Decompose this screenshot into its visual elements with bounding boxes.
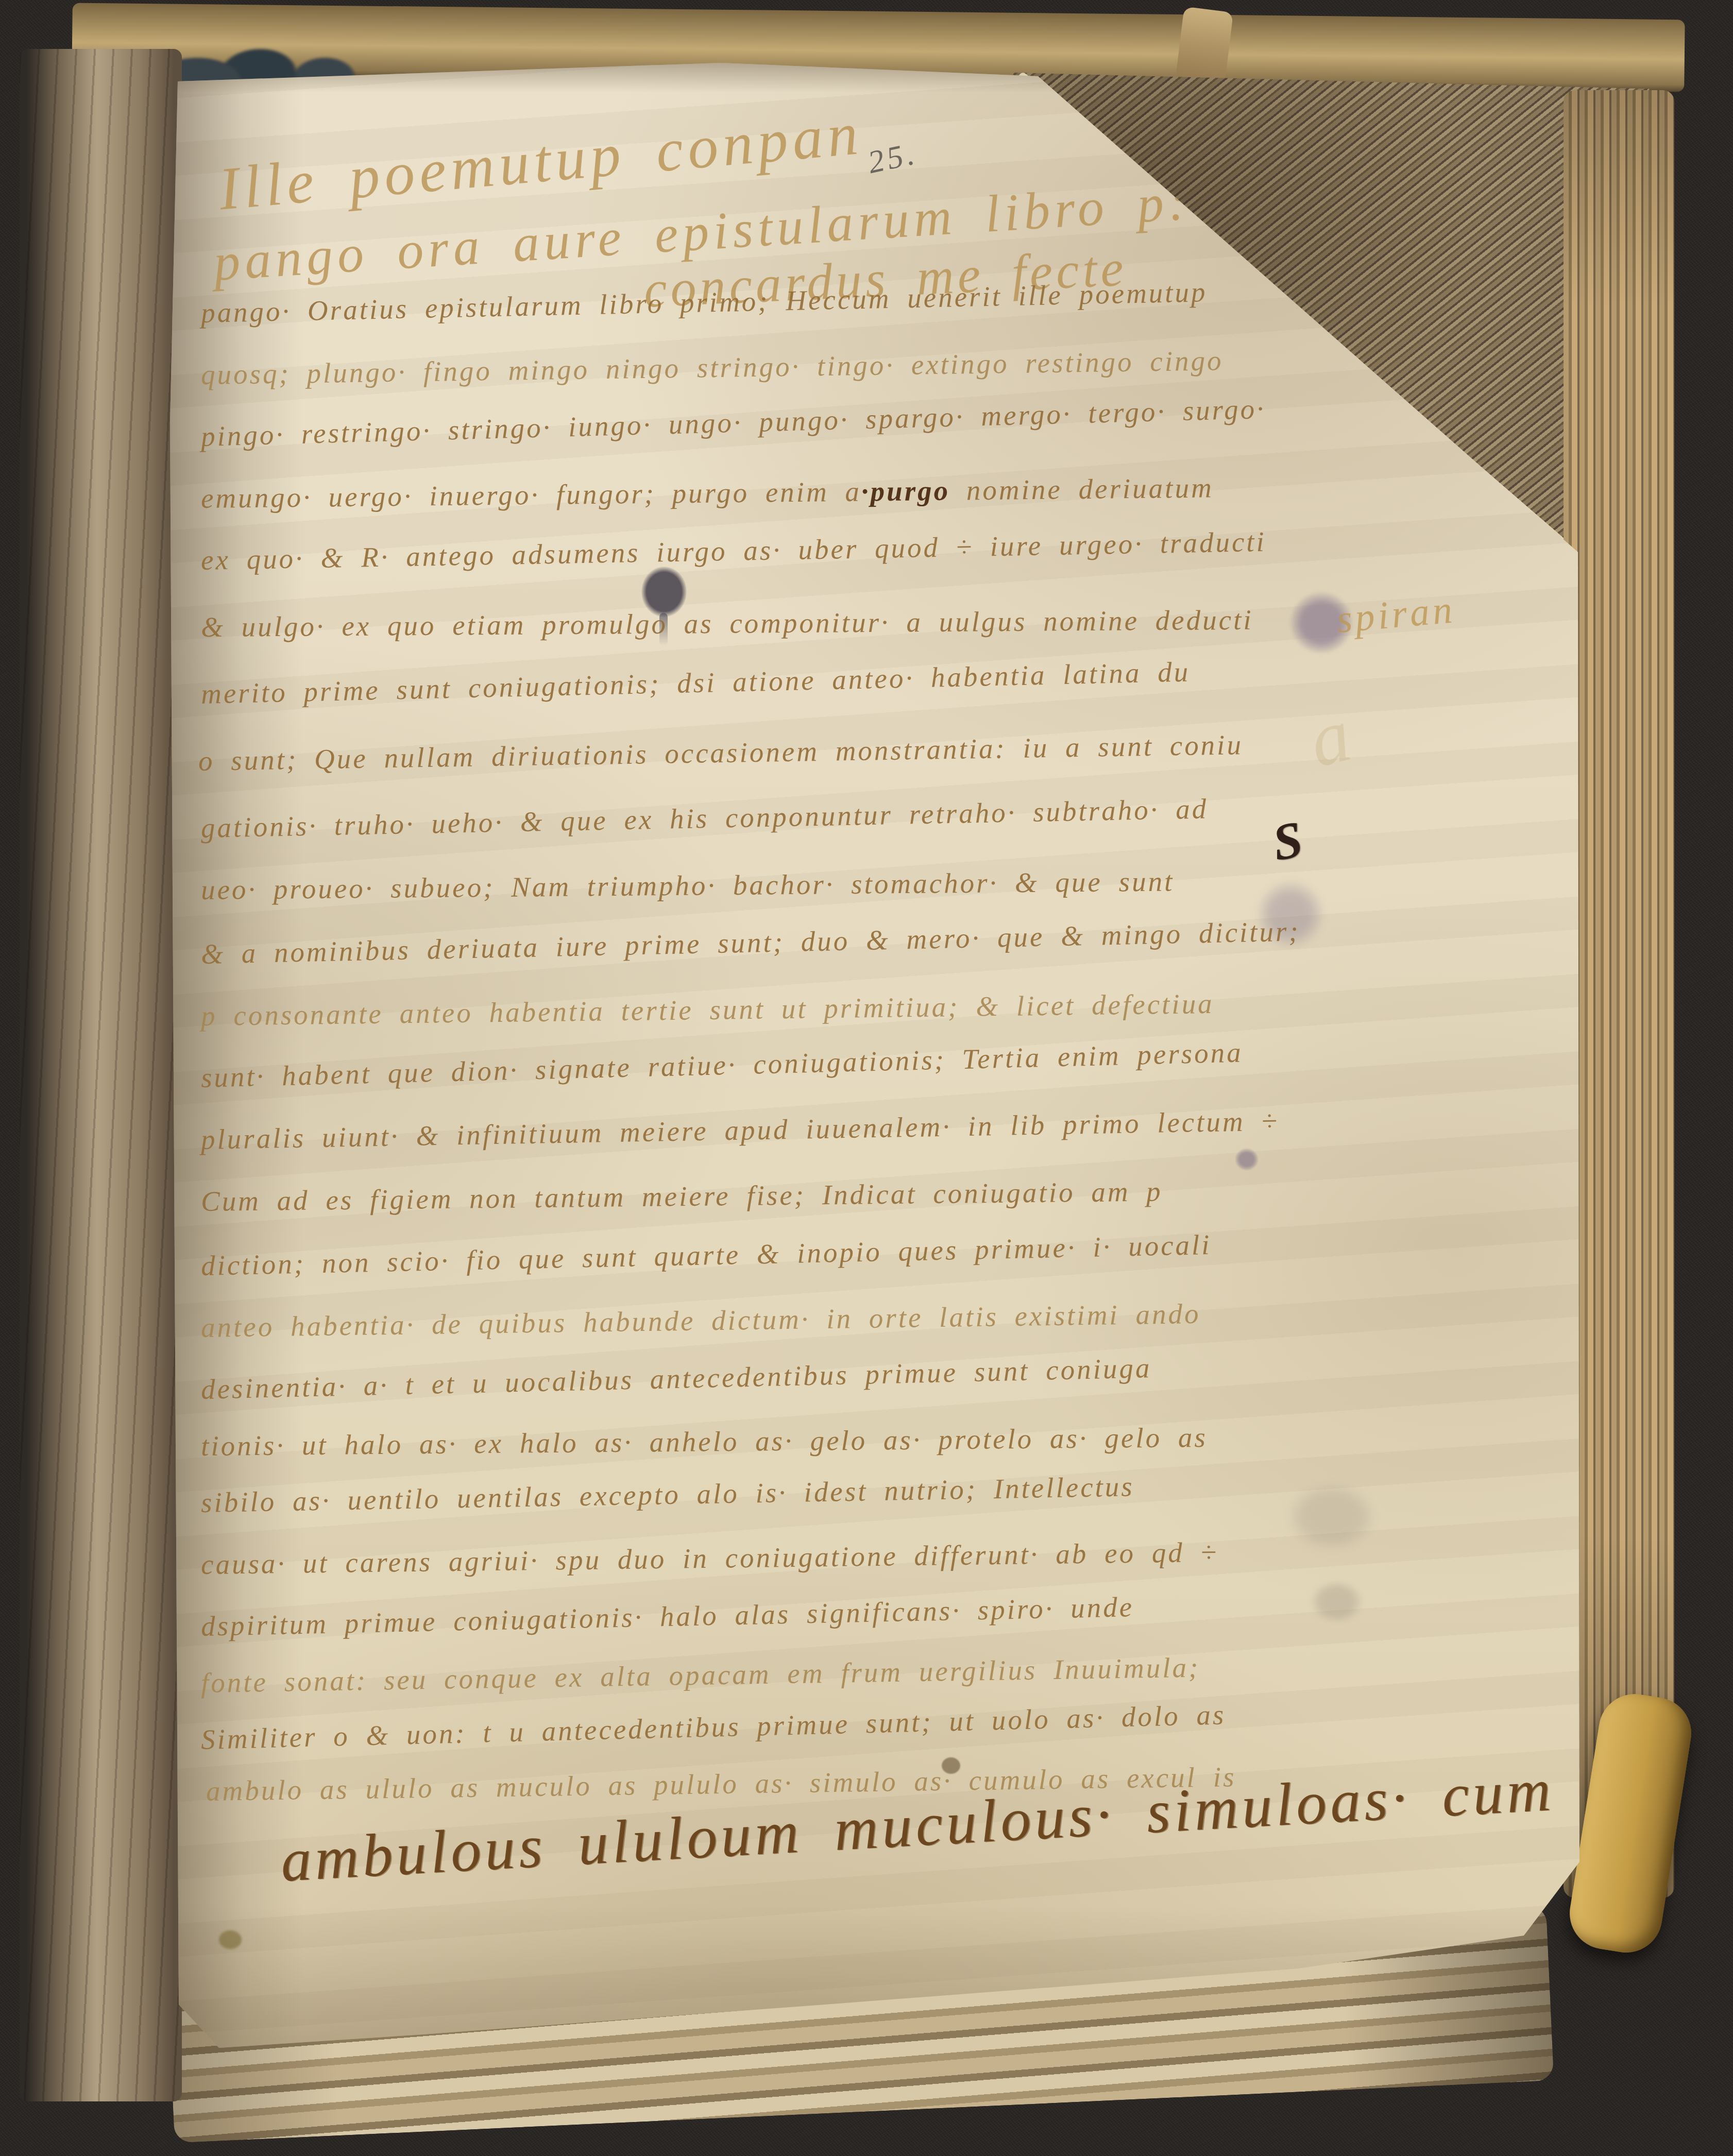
text-line: desinentia· a· t et u uocalibus antecede… [200,1354,1152,1404]
overwritten-word: ·purgo [861,475,950,507]
margin-ghost-letter: a [1300,690,1359,785]
text-line: Cum ad es figiem non tantum meiere fise;… [201,1177,1163,1216]
text-line: ueo· proueo· subueo; Nam triumpho· bacho… [201,867,1175,904]
text-line: diction; non scio· fio que sunt quarte &… [200,1230,1212,1280]
text-line: emungo· uergo· inuergo· fungor; purgo en… [201,473,1214,512]
text-line: sibilo as· uentilo uentilas excepto alo … [201,1472,1135,1517]
text-line: dspiritum primue coniugationis· halo ala… [200,1593,1134,1640]
left-leaf-fold [20,49,182,2101]
text-line: tionis· ut halo as· ex halo as· anhelo a… [201,1423,1208,1460]
text-line: pluralis uiunt· & infinitiuum meiere apu… [201,1106,1280,1154]
manuscript-photo: 25. Ille poemutup conpan pango ora aure … [0,0,1733,2156]
text-line: sunt· habent que dion· signate ratiue· c… [200,1038,1243,1092]
text-line: pingo· restringo· stringo· iungo· ungo· … [200,395,1266,451]
text-line: gationis· truho· ueho· & que ex his conp… [200,794,1208,842]
margin-note-spiran: spiran [1335,587,1457,642]
text-line: ex quo· & R· antego adsumens iurgo as· u… [201,527,1267,574]
text-line: quosq; plungo· fingo mingo ningo stringo… [201,346,1224,389]
text-line: Similiter o & uon: t u antecedentibus pr… [200,1700,1226,1754]
gray-smudge [1288,1483,1375,1550]
text-line-segment: nomine deriuatum [950,472,1214,506]
top-edge-tab [1176,7,1233,84]
margin-paraph-mark: S [1268,809,1307,872]
text-line: merito prime sunt coniugationis; dsi ati… [200,657,1190,708]
green-spot [219,1930,242,1949]
gray-smudge [1311,1581,1363,1622]
text-line: causa· ut carens agriui· spu duo in coni… [201,1538,1218,1579]
text-line-segment: emungo· uergo· inuergo· fungor; purgo en… [201,476,862,514]
folio-number: 25. [865,135,921,181]
text-line: p consonante anteo habentia tertie sunt … [201,989,1214,1030]
text-line: anteo habentia· de quibus habunde dictum… [201,1299,1201,1342]
text-line: fonte sonat: seu conque ex alta opacam e… [201,1653,1200,1697]
text-line: & a nominibus deriuata iure prime sunt; … [200,917,1300,968]
text-line: & uulgo· ex quo etiam promulgo as compon… [201,606,1253,641]
fore-edge-page-stack [1564,90,1674,1898]
purple-stain [1235,1149,1258,1170]
text-line: o sunt; Que nullam diriuationis occasion… [198,730,1244,775]
